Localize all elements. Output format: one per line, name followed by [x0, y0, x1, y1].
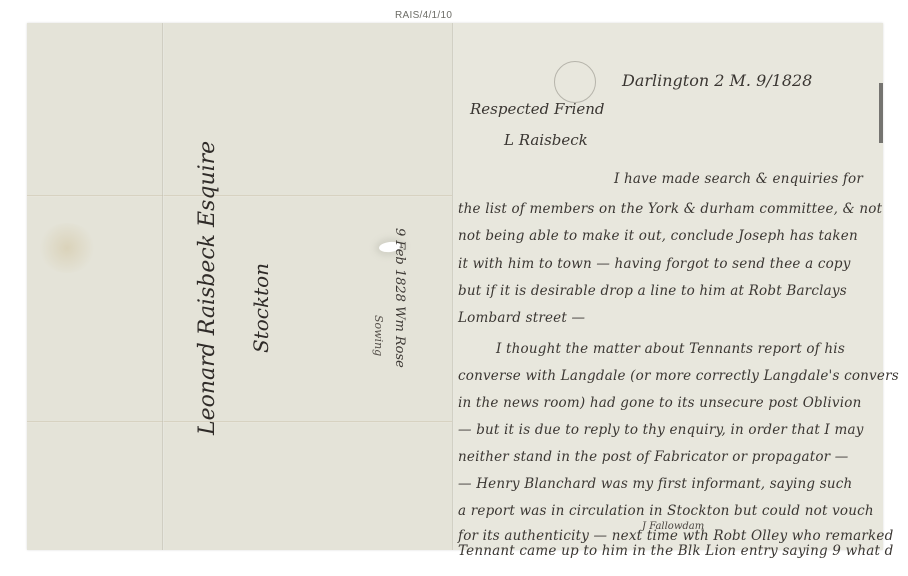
- letter-sheet: Leonard Raisbeck Esquire Stockton 9 Feb …: [27, 23, 883, 550]
- body-line: it with him to town — having forgot to s…: [458, 256, 851, 272]
- interlinear-note: J Fallowdam: [642, 521, 704, 532]
- salutation: Respected Friend: [470, 100, 605, 118]
- body-line: neither stand in the post of Fabricator …: [458, 449, 849, 465]
- flourish-mark: [554, 61, 596, 103]
- horizontal-fold: [27, 195, 452, 197]
- body-line: — but it is due to reply to thy enquiry,…: [458, 422, 864, 438]
- body-line: in the news room) had gone to its unsecu…: [458, 395, 861, 411]
- body-line: a report was in circulation in Stockton …: [458, 503, 874, 519]
- body-line: Tennant came up to him in the Blk Lion e…: [458, 543, 893, 559]
- docket-note-2: Sowing: [372, 315, 385, 356]
- recipient-name: Leonard Raisbeck Esquire: [195, 141, 220, 435]
- docket-note: 9 Feb 1828 Wm Rose: [392, 228, 407, 368]
- letter-panel: Darlington 2 M. 9/1828 Respected Friend …: [452, 23, 883, 550]
- body-line: — Henry Blanchard was my first informant…: [458, 476, 852, 492]
- dateline: Darlington 2 M. 9/1828: [622, 71, 812, 90]
- body-line: I have made search & enquiries for: [614, 171, 863, 187]
- edge-shadow: [879, 83, 883, 143]
- body-line: the list of members on the York & durham…: [458, 201, 882, 217]
- recipient-line: L Raisbeck: [504, 131, 588, 149]
- stain-mark: [37, 223, 97, 273]
- body-line: converse with Langdale (or more correctl…: [458, 368, 899, 384]
- center-fold: [452, 23, 454, 550]
- archive-reference: RAIS/4/1/10: [395, 10, 452, 21]
- horizontal-fold: [27, 421, 452, 423]
- body-line: not being able to make it out, conclude …: [458, 228, 858, 244]
- body-line: but if it is desirable drop a line to hi…: [458, 283, 847, 299]
- recipient-place: Stockton: [249, 263, 273, 353]
- body-line: I thought the matter about Tennants repo…: [496, 341, 845, 357]
- body-line: Lombard street —: [458, 310, 585, 326]
- address-panel: Leonard Raisbeck Esquire Stockton 9 Feb …: [27, 23, 452, 550]
- vertical-fold: [162, 23, 164, 550]
